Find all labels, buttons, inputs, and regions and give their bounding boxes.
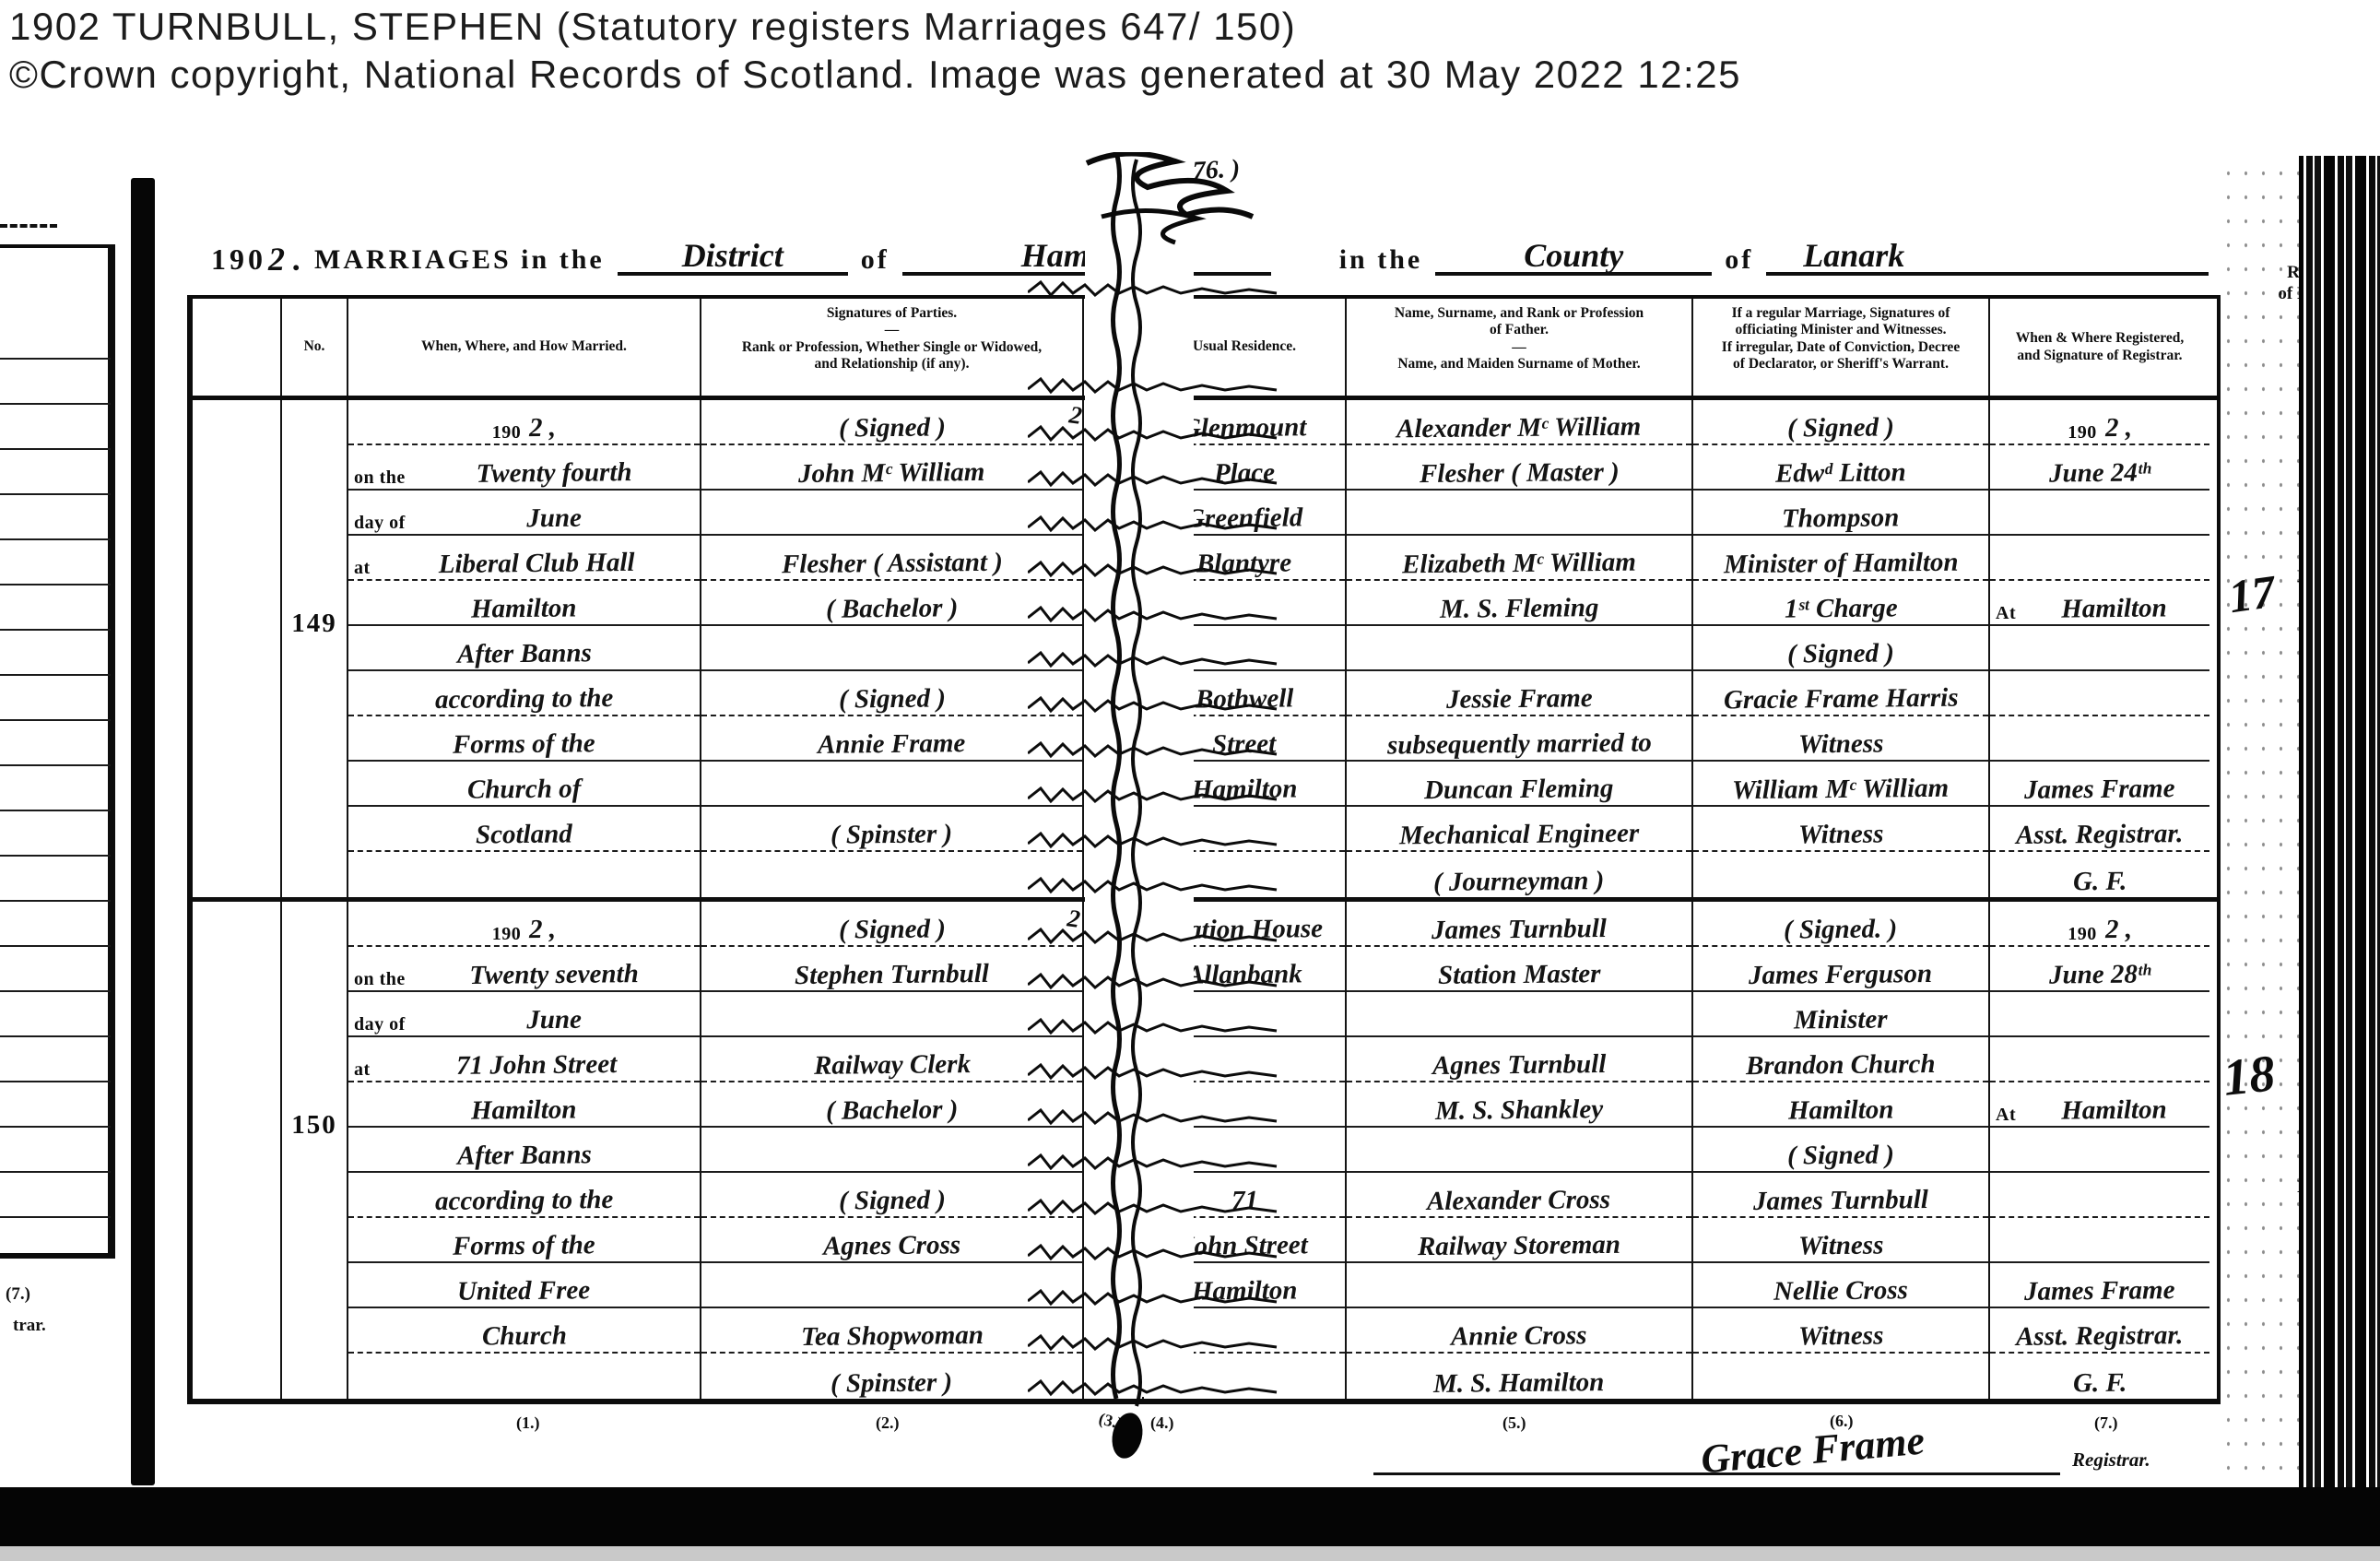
handwritten-text: Hamilton [1788, 1096, 1894, 1124]
handwritten-text: James Turnbull [1753, 1187, 1928, 1215]
register-line [1347, 1128, 1691, 1173]
register-line [1990, 1128, 2209, 1173]
handwritten-text: ( Spinster ) [831, 1369, 952, 1397]
register-line: James Ferguson [1693, 947, 1988, 992]
handwritten-text: Nellie Cross [1773, 1277, 1908, 1306]
handwritten-text: ( Signed ) [1787, 640, 1894, 668]
handwritten-text: G. F. [2073, 869, 2127, 896]
register-line: James Turnbull [1347, 902, 1691, 947]
printed-label: at [354, 1060, 371, 1079]
printed-label: on the [354, 468, 406, 487]
register-line: 1902 , [1990, 902, 2209, 947]
register-line [1990, 1173, 2209, 1218]
register-line: Station House [1144, 902, 1345, 947]
register-line: Minister of Hamilton [1693, 536, 1988, 581]
register-line: Hamilton [1693, 1082, 1988, 1128]
register-table: No. When, Where, and How Married. Signat… [187, 295, 2221, 1404]
handwritten-text: Edwᵈ Litton [1775, 459, 1906, 487]
handwritten-text: Scotland [476, 821, 572, 848]
left-strip-fragment: (7.) [6, 1284, 30, 1305]
register-line: M. S. Hamilton [1347, 1354, 1691, 1399]
title-place-script: Hamilton [1021, 239, 1152, 272]
register-line: G. F. [1990, 852, 2209, 897]
scan-noise-speckle [2220, 161, 2299, 1480]
title-year-printed: 190 [211, 244, 266, 274]
title-year-script: 2 . [268, 242, 301, 276]
handwritten-text: Alexander Cross [1427, 1187, 1610, 1215]
register-line: Scotland [348, 807, 700, 852]
registrar-printed-label: Registrar. [2072, 1449, 2150, 1472]
handwritten-text: ( Journeyman ) [1433, 868, 1605, 896]
copyright-line: ©Crown copyright, National Records of Sc… [9, 55, 1741, 94]
register-line: Station Master [1347, 947, 1691, 992]
record-title: 1902 TURNBULL, STEPHEN (Statutory regist… [9, 7, 1296, 46]
page-number-note: ( Page 76. ) [1117, 155, 1241, 191]
register-line: June 28ᵗʰ [1990, 947, 2209, 992]
register-title: 190 2 . MARRIAGES in the District of Ham… [211, 222, 2209, 276]
when-where-how-cell: 1902 ,on theTwenty seventhday ofJuneat71… [347, 902, 700, 1399]
handwritten-text: Hamilton [1192, 775, 1298, 803]
handwritten-text: Railway Storeman [1418, 1232, 1620, 1260]
handwritten-text: Agnes Turnbull [1432, 1051, 1607, 1080]
handwritten-text: Agnes Cross [823, 1232, 960, 1260]
register-line: according to the [348, 671, 700, 716]
handwritten-text: Jessie Frame [1446, 685, 1593, 714]
register-line: Nellie Cross [1693, 1263, 1988, 1308]
handwritten-text: Thompson [1782, 504, 1900, 532]
minister-witnesses-cell: ( Signed )Edwᵈ LittonThompsonMinister of… [1691, 400, 1988, 897]
register-line [1990, 536, 2209, 581]
register-line: Church [348, 1308, 700, 1354]
column-header-registered: When & Where Registered, and Signature o… [1988, 299, 2209, 396]
register-line [701, 1263, 1082, 1308]
parents-cell: Alexander Mᶜ WilliamFlesher ( Master )El… [1345, 400, 1691, 897]
register-line [1990, 1037, 2209, 1082]
handwritten-text: Minister of Hamilton [1724, 550, 1959, 579]
handwritten-text: Liberal Club Hall [379, 549, 695, 579]
minister-witnesses-cell: ( Signed. )James FergusonMinisterBrandon… [1691, 902, 1988, 1399]
age-cell [1082, 400, 1142, 897]
residence-cell: GlenmountPlaceGreenfieldBlantyreBothwell… [1142, 400, 1345, 897]
register-line: James Turnbull [1693, 1173, 1988, 1218]
handwritten-text: 2 , [2105, 916, 2132, 943]
register-line [1990, 716, 2209, 762]
handwritten-text: Witness [1798, 1233, 1884, 1260]
handwritten-text: Asst. Registrar. [2016, 1322, 2184, 1351]
register-line: M. S. Shankley [1347, 1082, 1691, 1128]
handwritten-text: Railway Clerk [813, 1051, 970, 1080]
bottom-gray-strip [0, 1546, 2380, 1561]
register-line: ( Signed ) [1693, 400, 1988, 445]
handwritten-text: ( Signed ) [838, 414, 945, 442]
handwritten-text: ( Signed ) [838, 916, 945, 943]
printed-label: on the [354, 970, 406, 988]
title-county-underline: County [1435, 226, 1712, 276]
handwritten-text: June [414, 503, 694, 533]
table-header-row: No. When, Where, and How Married. Signat… [193, 299, 2217, 400]
register-line: After Banns [348, 626, 700, 671]
register-line: Witness [1693, 807, 1988, 852]
handwritten-text: After Banns [456, 640, 591, 668]
parents-cell: James TurnbullStation MasterAgnes Turnbu… [1345, 902, 1691, 1399]
handwritten-text: M. S. Shankley [1435, 1096, 1603, 1125]
handwritten-text: Mechanical Engineer [1399, 821, 1640, 850]
handwritten-text: Gracie Frame Harris [1724, 685, 1959, 715]
registered-cell: 1902 ,June 28ᵗʰAtHamiltonJames FrameAsst… [1988, 902, 2209, 1399]
handwritten-text: ( Signed. ) [1784, 916, 1898, 943]
column-header-spare [193, 299, 280, 396]
handwritten-text: G. F. [2073, 1370, 2127, 1398]
register-line: Forms of the [348, 716, 700, 762]
register-line [1144, 1308, 1345, 1354]
handwritten-text: ( Signed ) [1787, 414, 1894, 442]
register-line: Street [1144, 716, 1345, 762]
age-cell [1082, 902, 1142, 1399]
register-line: Bothwell [1144, 671, 1345, 716]
printed-label: at [354, 559, 371, 577]
register-line: Mechanical Engineer [1347, 807, 1691, 852]
handwritten-text: Glenmount [1182, 414, 1307, 442]
register-entry-150: 150 1902 ,on theTwenty seventhday ofJune… [193, 897, 2217, 1399]
register-line: Alexander Cross [1347, 1173, 1691, 1218]
register-scan: Registered, of Registrar. 25ᵗʰ illton Fr… [0, 152, 2380, 1561]
register-line [1347, 491, 1691, 536]
footer-column-number: (2.) [876, 1413, 900, 1433]
entry-number-cell: 149 [280, 400, 347, 897]
register-line: day ofJune [348, 992, 700, 1037]
signatures-cell: ( Signed )Stephen TurnbullRailway Clerk(… [700, 902, 1082, 1399]
register-line: ( Spinster ) [701, 1354, 1082, 1399]
handwritten-text: Place [1214, 460, 1275, 488]
register-line [1347, 626, 1691, 671]
register-line: ( Signed ) [1693, 626, 1988, 671]
register-line [701, 491, 1082, 536]
register-line [1693, 852, 1988, 897]
title-county-script: County [1524, 239, 1623, 272]
handwritten-text: Stephen Turnbull [795, 961, 989, 989]
handwritten-text: June 24ᵗʰ [2049, 459, 2150, 487]
register-line: ( Spinster ) [701, 807, 1082, 852]
handwritten-text: June [414, 1005, 694, 1035]
column-header-minister: If a regular Marriage, Signatures of off… [1691, 299, 1988, 396]
handwritten-text: ( Signed ) [838, 1187, 945, 1214]
register-line: Greenfield [1144, 491, 1345, 536]
handwritten-text: Bothwell [1196, 685, 1294, 713]
footer-column-number: (1.) [516, 1413, 540, 1433]
register-line [1144, 626, 1345, 671]
handwritten-text: Witness [1798, 1323, 1884, 1351]
register-line: James Frame [1990, 762, 2209, 807]
register-line [701, 852, 1082, 897]
printed-label: day of [354, 1015, 406, 1034]
register-line: Allanbank [1144, 947, 1345, 992]
register-line: AtHamilton [1990, 1082, 2209, 1128]
register-line [1347, 1263, 1691, 1308]
facing-page-strip [0, 244, 115, 1259]
handwritten-text: ( Bachelor ) [826, 595, 959, 622]
handwritten-text: Hamilton [2024, 1096, 2204, 1125]
register-line: according to the [348, 1173, 700, 1218]
register-line: 1902 , [348, 902, 700, 947]
register-line: United Free [348, 1263, 700, 1308]
printed-label: At [1996, 1106, 2016, 1124]
handwritten-text: Duncan Fleming [1424, 775, 1614, 804]
register-line: Elizabeth Mᶜ William [1347, 536, 1691, 581]
handwritten-text: Station House [1166, 916, 1323, 944]
handwritten-text: John Mᶜ William [798, 459, 985, 488]
register-line: Witness [1693, 1218, 1988, 1263]
handwritten-text: Street [1212, 731, 1277, 759]
register-line: Forms of the [348, 1218, 700, 1263]
handwritten-text: Witness [1798, 822, 1884, 849]
when-where-how-cell: 1902 ,on theTwenty fourthday ofJuneatLib… [347, 400, 700, 897]
register-line [1990, 626, 2209, 671]
register-line: ( Signed ) [1693, 1128, 1988, 1173]
register-page: ( Page 76. ) 190 2 . MARRIAGES in the Di… [187, 152, 2221, 1561]
register-line: ( Bachelor ) [701, 581, 1082, 626]
register-line: Agnes Cross [701, 1218, 1082, 1263]
ruled-lines [0, 314, 111, 1253]
register-line [1144, 852, 1345, 897]
viewer-caption: 1902 TURNBULL, STEPHEN (Statutory regist… [0, 0, 2380, 152]
register-line [1144, 807, 1345, 852]
registered-cell: 1902 ,June 24ᵗʰAtHamiltonJames FrameAsst… [1988, 400, 2209, 897]
handwritten-text: M. S. Fleming [1440, 595, 1599, 623]
register-line: AtHamilton [1990, 581, 2209, 626]
scan-bottom-edge [0, 1487, 2380, 1546]
register-line: ( Signed ) [701, 400, 1082, 445]
register-line: Agnes Turnbull [1347, 1037, 1691, 1082]
handwritten-text: Allanbank [1186, 961, 1302, 988]
title-of-label: of [861, 246, 890, 274]
register-line: M. S. Fleming [1347, 581, 1691, 626]
register-line: Annie Cross [1347, 1308, 1691, 1354]
column-header-parents: Name, Surname, and Rank or Profession of… [1345, 299, 1691, 396]
register-line: Railway Clerk [701, 1037, 1082, 1082]
printed-label: At [1996, 604, 2016, 622]
register-line: John Mᶜ William [701, 445, 1082, 491]
margin-mark: 18 [2221, 1044, 2278, 1108]
register-line [1144, 1082, 1345, 1128]
handwritten-text: Brandon Church [1746, 1051, 1936, 1080]
register-line: Blantyre [1144, 536, 1345, 581]
spare-cell [193, 400, 280, 897]
handwritten-text: ( Signed ) [838, 685, 945, 713]
register-line: 1902 , [1990, 400, 2209, 445]
title-place-underline: Hamilton [902, 226, 1271, 276]
register-line: on theTwenty fourth [348, 445, 700, 491]
footer-column-number: (5.) [1502, 1413, 1526, 1433]
register-line: 1902 , [348, 400, 700, 445]
register-line [701, 992, 1082, 1037]
spare-cell [193, 902, 280, 1399]
title-in-the-label: in the [1339, 246, 1423, 274]
handwritten-text: Forms of the [453, 730, 595, 759]
handwritten-text: 2 , [2105, 415, 2132, 442]
handwritten-text: Flesher ( Master ) [1419, 459, 1619, 488]
register-line: Jessie Frame [1347, 671, 1691, 716]
register-line: G. F. [1990, 1354, 2209, 1399]
left-strip-fragment: trar. [13, 1316, 46, 1336]
register-line: Stephen Turnbull [701, 947, 1082, 992]
register-line: day ofJune [348, 491, 700, 536]
register-line: atLiberal Club Hall [348, 536, 700, 581]
handwritten-text: William Mᶜ William [1732, 775, 1949, 804]
register-line: Annie Frame [701, 716, 1082, 762]
entry-number: 150 [282, 1110, 347, 1141]
register-line: ( Signed. ) [1693, 902, 1988, 947]
printed-label: 190 [492, 423, 522, 442]
register-line [1693, 1354, 1988, 1399]
register-line: Hamilton [1144, 762, 1345, 807]
register-line: Asst. Registrar. [1990, 807, 2209, 852]
register-line [701, 626, 1082, 671]
register-line [701, 1128, 1082, 1173]
footer-column-number: (4.) [1150, 1413, 1174, 1433]
register-line: James Frame [1990, 1263, 2209, 1308]
register-line: Tea Shopwoman [701, 1308, 1082, 1354]
register-line: 71 [1144, 1173, 1345, 1218]
handwritten-text: Church of [467, 775, 582, 803]
title-district-script: District [682, 239, 784, 272]
handwritten-text: Annie Cross [1451, 1322, 1587, 1351]
handwritten-text: 1ˢᵗ Charge [1785, 595, 1898, 622]
register-line: Alexander Mᶜ William [1347, 400, 1691, 445]
footer-column-number: (7.) [2094, 1413, 2118, 1433]
printed-label: 190 [492, 925, 522, 943]
handwritten-text: Tea Shopwoman [800, 1322, 983, 1351]
register-line: Hamilton [1144, 1263, 1345, 1308]
column-header-residence: Usual Residence. [1142, 299, 1345, 396]
printed-label: day of [354, 514, 406, 532]
register-line [348, 1354, 700, 1399]
age-fragment: 2 [1066, 904, 1106, 937]
register-line [701, 762, 1082, 807]
column-header-no: No. [280, 299, 347, 396]
handwritten-text: Twenty seventh [414, 960, 694, 989]
register-line [1144, 581, 1345, 626]
handwritten-text: ( Spinster ) [831, 821, 952, 848]
register-line [1990, 1218, 2209, 1263]
handwritten-text: subsequently married to [1386, 729, 1651, 759]
entry-number: 149 [282, 609, 347, 639]
book-gutter-bar [131, 178, 155, 1485]
left-strip-dash [0, 224, 57, 228]
register-line: Hamilton [348, 1082, 700, 1128]
column-header-signatures: Signatures of Parties. — Rank or Profess… [700, 299, 1082, 396]
handwritten-text: Minister [1794, 1006, 1888, 1034]
register-line: Asst. Registrar. [1990, 1308, 2209, 1354]
title-county-name-script: Lanark [1803, 239, 1904, 272]
register-line: ( Bachelor ) [701, 1082, 1082, 1128]
handwritten-text: Station Master [1438, 961, 1601, 989]
register-line: ( Signed ) [701, 1173, 1082, 1218]
handwritten-text: Elizabeth Mᶜ William [1402, 550, 1636, 579]
handwritten-text: 2 , [529, 415, 556, 442]
handwritten-text: Blantyre [1196, 550, 1291, 577]
register-entry-149: 149 1902 ,on theTwenty fourthday ofJunea… [193, 400, 2217, 897]
residence-cell: Station HouseAllanbank71John StreetHamil… [1142, 902, 1345, 1399]
register-line: ( Signed ) [701, 671, 1082, 716]
register-line: John Street [1144, 1218, 1345, 1263]
handwritten-text: James Frame [2024, 775, 2175, 804]
handwritten-text: Forms of the [453, 1232, 595, 1260]
printed-label: 190 [2068, 925, 2097, 943]
register-line [348, 852, 700, 897]
register-line [1347, 992, 1691, 1037]
register-line [1144, 1354, 1345, 1399]
handwritten-text: Alexander Mᶜ William [1396, 414, 1641, 443]
register-line: Brandon Church [1693, 1037, 1988, 1082]
title-district-underline: District [618, 226, 848, 276]
handwritten-text: according to the [435, 1187, 614, 1215]
age-fragment: 2 [1067, 400, 1108, 433]
register-line: William Mᶜ William [1693, 762, 1988, 807]
register-line [1144, 1037, 1345, 1082]
register-line: Witness [1693, 1308, 1988, 1354]
register-line: subsequently married to [1347, 716, 1691, 762]
handwritten-text: ( Bachelor ) [826, 1096, 959, 1124]
register-line: ( Journeyman ) [1347, 852, 1691, 897]
register-line: on theTwenty seventh [348, 947, 700, 992]
register-line: ( Signed ) [701, 902, 1082, 947]
handwritten-text: Church [481, 1323, 566, 1351]
register-line: Glenmount [1144, 400, 1345, 445]
register-line: Thompson [1693, 491, 1988, 536]
register-line: Railway Storeman [1347, 1218, 1691, 1263]
handwritten-text: Greenfield [1185, 504, 1303, 532]
handwritten-text: 71 John Street [379, 1050, 695, 1081]
register-line: After Banns [348, 1128, 700, 1173]
title-county-name-underline: Lanark [1766, 226, 2209, 276]
register-line: Minister [1693, 992, 1988, 1037]
handwritten-text: according to the [435, 685, 614, 714]
title-marriages-label: MARRIAGES in the [314, 246, 605, 274]
handwritten-text: Hamilton [471, 595, 577, 622]
register-line: Place [1144, 445, 1345, 491]
handwritten-text: James Frame [2024, 1277, 2175, 1306]
register-line [1144, 992, 1345, 1037]
handwritten-text: Hamilton [1192, 1277, 1298, 1305]
handwritten-text: ( Signed ) [1787, 1141, 1894, 1169]
handwritten-text: Flesher ( Assistant ) [781, 550, 1002, 579]
printed-label: 190 [2068, 423, 2097, 442]
handwritten-text: James Turnbull [1432, 916, 1607, 944]
register-line: at71 John Street [348, 1037, 700, 1082]
handwritten-text: Hamilton [471, 1096, 577, 1124]
register-line: 1ˢᵗ Charge [1693, 581, 1988, 626]
handwritten-text: Twenty fourth [414, 458, 694, 488]
handwritten-text: Annie Frame [818, 730, 966, 759]
handwritten-text: United Free [457, 1277, 590, 1306]
handwritten-text: Asst. Registrar. [2016, 821, 2184, 849]
register-line: Flesher ( Assistant ) [701, 536, 1082, 581]
entry-number-cell: 150 [280, 902, 347, 1399]
column-header-age: Age. [1082, 299, 1142, 396]
handwritten-text: Hamilton [2024, 595, 2204, 623]
handwritten-text: June 28ᵗʰ [2049, 961, 2150, 988]
register-line [1990, 992, 2209, 1037]
register-line [1990, 671, 2209, 716]
register-line: Duncan Fleming [1347, 762, 1691, 807]
handwritten-text: Witness [1798, 731, 1884, 759]
column-header-when: When, Where, and How Married. [347, 299, 700, 396]
handwritten-text: M. S. Hamilton [1433, 1369, 1605, 1398]
register-line: Edwᵈ Litton [1693, 445, 1988, 491]
signatures-cell: ( Signed )John Mᶜ WilliamFlesher ( Assis… [700, 400, 1082, 897]
title-of2-label: of [1725, 246, 1753, 274]
handwritten-text: 71 [1231, 1188, 1257, 1214]
